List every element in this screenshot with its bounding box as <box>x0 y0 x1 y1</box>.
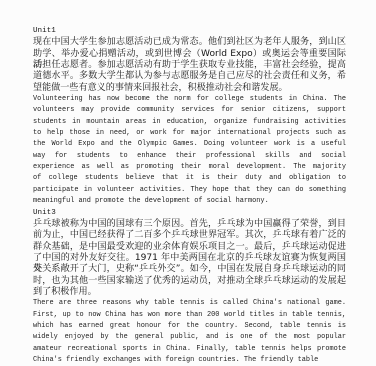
english-text-line: to help those in need, or work for major… <box>33 128 346 139</box>
chinese-text-line: 动担任志愿者。参加志愿活动有助于学生获取专业技能，丰富社会经验，提高 <box>33 60 346 71</box>
english-text-line: way for students to enhance their profes… <box>33 151 346 162</box>
english-text-line: Volunteering has now become the norm for… <box>33 94 346 105</box>
chinese-text-line: 乒乓球被称为中国的国球有三个原因。首先，乒乓球为中国赢得了荣誉，到目 <box>33 219 346 230</box>
document-page: Unit1现在中国大学生参加志愿活动已成为常态。他们到社区为老年人服务，到山区助… <box>0 0 376 366</box>
chinese-text-line: 现在中国大学生参加志愿活动已成为常态。他们到社区为老年人服务，到山区 <box>33 37 346 48</box>
english-text-line: There are three reasons why table tennis… <box>33 298 346 309</box>
english-text-line: First, up to now China has won more than… <box>33 310 346 321</box>
document-body: Unit1现在中国大学生参加志愿活动已成为常态。他们到社区为老年人服务，到山区助… <box>33 26 346 366</box>
unit-heading: Unit3 <box>33 208 346 219</box>
english-text-line: the World Expo and the Olympic Games. Do… <box>33 139 346 150</box>
english-text-line: students in mountain areas in education,… <box>33 117 346 128</box>
chinese-text-line: 助学、举办爱心捐赠活动，或到世博会（World Expo）或奥运会等重要国际活 <box>33 49 346 60</box>
chinese-text-line: 前为止，中国已经获得了二百多个乒乓球世界冠军。其次，乒乓球有着广泛的 <box>33 230 346 241</box>
chinese-text-line: 群众基础，是中国最受欢迎的业余体育娱乐项目之一。最后，乒乓球运动促进 <box>33 242 346 253</box>
english-text-line: of college students believe that it is t… <box>33 173 346 184</box>
english-text-line: participate in volunteer activities. The… <box>33 185 346 196</box>
chinese-text-line: 到了积极作用。 <box>33 287 346 298</box>
unit-heading: Unit1 <box>33 26 346 37</box>
chinese-text-line: 时，也为其他一些国家输送了优秀的运动员，对推动全球乒乓球运动的发展起 <box>33 276 346 287</box>
english-text-line: widely enjoyed by the general public, an… <box>33 332 346 343</box>
chinese-text-line: 望能做一些有意义的事情来回报社会，积极推动社会和谐发展。 <box>33 83 346 94</box>
english-text-line: experience as well as promoting their mo… <box>33 162 346 173</box>
english-text-line: meaningful and promote the development o… <box>33 196 346 207</box>
english-text-line: volunteers may provide community service… <box>33 105 346 116</box>
english-text-line: which has earned great honour for the co… <box>33 321 346 332</box>
english-text-line: China's friendly exchanges with foreign … <box>33 355 346 366</box>
chinese-text-line: 交关系敞开了大门，史称“乒乓外交”。如今，中国在发展自身乒乓球运动的同 <box>33 264 346 275</box>
chinese-text-line: 了中国的对外友好交往。1971 年中美两国在北京的乒乓球友谊赛为恢复两国外 <box>33 253 346 264</box>
english-text-line: amateur recreational sports in China. Fi… <box>33 344 346 355</box>
chinese-text-line: 道德水平。多数大学生都认为参与志愿服务是自己应尽的社会责任和义务，希 <box>33 71 346 82</box>
